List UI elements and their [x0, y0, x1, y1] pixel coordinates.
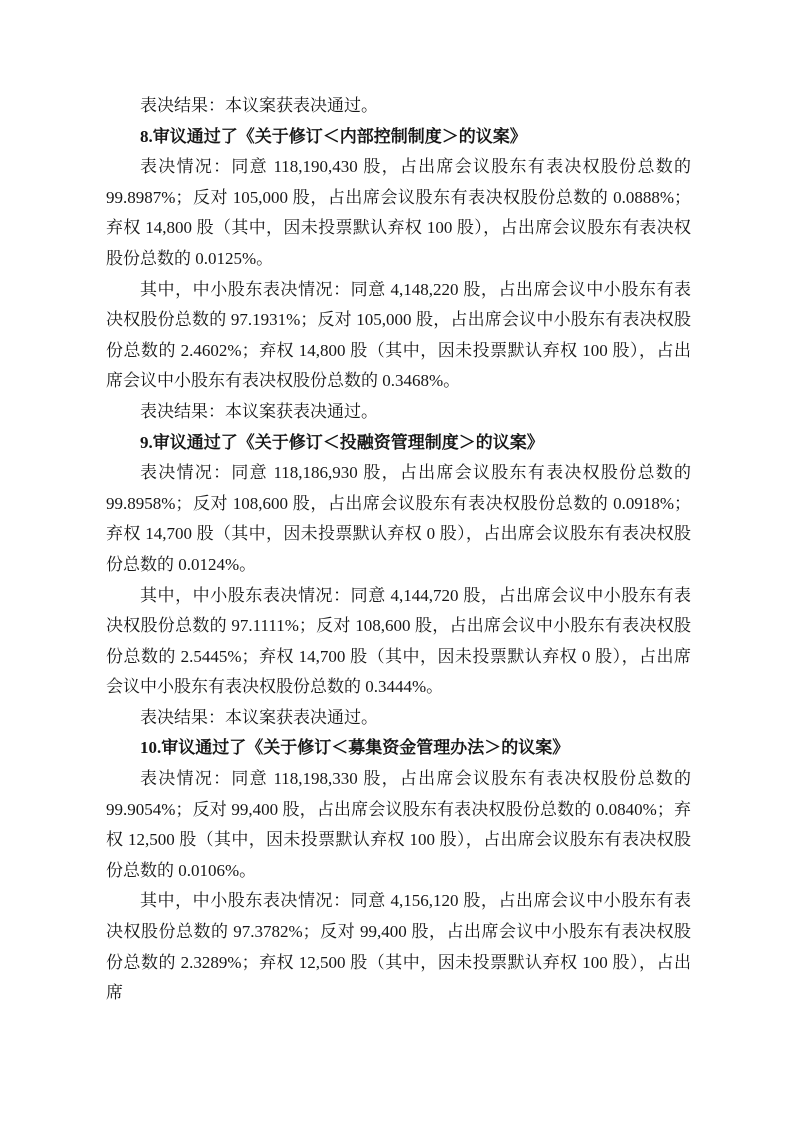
- resolution-10-minority-votes: 其中，中小股东表决情况：同意 4,156,120 股，占出席会议中小股东有表决权…: [106, 886, 691, 1008]
- resolution-9-vote-result: 表决结果：本议案获表决通过。: [106, 703, 691, 734]
- resolution-9-heading: 9.审议通过了《关于修订＜投融资管理制度＞的议案》: [106, 428, 691, 459]
- resolution-8-heading: 8.审议通过了《关于修订＜内部控制制度＞的议案》: [106, 122, 691, 153]
- prior-resolution-vote-result: 表决结果：本议案获表决通过。: [106, 91, 691, 122]
- document-page: 表决结果：本议案获表决通过。 8.审议通过了《关于修订＜内部控制制度＞的议案》 …: [0, 0, 794, 1122]
- document-text-column: 表决结果：本议案获表决通过。 8.审议通过了《关于修订＜内部控制制度＞的议案》 …: [106, 91, 691, 1009]
- resolution-10-overall-votes: 表决情况：同意 118,198,330 股，占出席会议股东有表决权股份总数的 9…: [106, 764, 691, 886]
- resolution-9-overall-votes: 表决情况：同意 118,186,930 股，占出席会议股东有表决权股份总数的 9…: [106, 458, 691, 580]
- resolution-8-minority-votes: 其中，中小股东表决情况：同意 4,148,220 股，占出席会议中小股东有表决权…: [106, 275, 691, 397]
- resolution-8-overall-votes: 表决情况：同意 118,190,430 股，占出席会议股东有表决权股份总数的 9…: [106, 152, 691, 274]
- resolution-10-heading: 10.审议通过了《关于修订＜募集资金管理办法＞的议案》: [106, 733, 691, 764]
- resolution-9-minority-votes: 其中，中小股东表决情况：同意 4,144,720 股，占出席会议中小股东有表决权…: [106, 581, 691, 703]
- resolution-8-vote-result: 表决结果：本议案获表决通过。: [106, 397, 691, 428]
